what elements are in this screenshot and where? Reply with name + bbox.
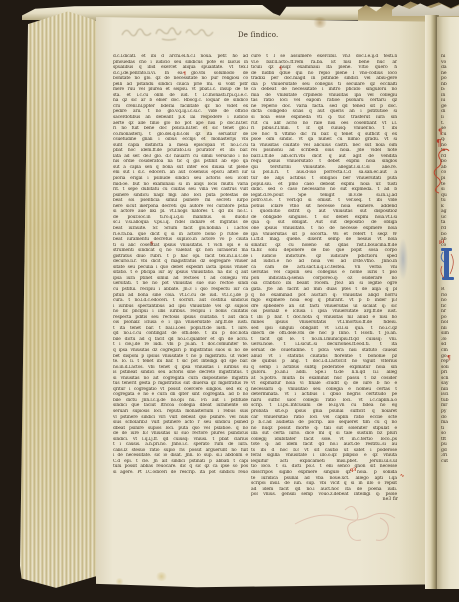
text-line: ri no fuit bene doc polica.nl.ter. et si…	[113, 126, 248, 132]
text-line: ticuli qz nuqz examinaui ita plene. Vlti…	[251, 65, 397, 71]
text-line: seruat de csuetudine. t pdca vera nisi s…	[251, 348, 397, 354]
text-line: beat iuramentu decretus suplico.in actor…	[113, 237, 248, 243]
text-line: t i causis. a.n.pri.no. Jnno.i.c. sperat…	[113, 442, 248, 448]
text-line: probata sit.e.p ipsus gnia psunal suffic…	[251, 409, 397, 415]
text-line: p b.c.ad audietia de pscrip. alo sequere…	[251, 420, 397, 426]
text-line: tote q: ad idem facit qd no.i auct.de re…	[251, 442, 397, 448]
text-line: beat iurauite. Sr. Srium facit glo.nobil…	[113, 226, 248, 232]
text-line: mgo expmere noia eog q pturarit. vt p b …	[251, 298, 397, 304]
text-line: potro.vl.e. t verf.qd si omisit. t ver.s…	[251, 198, 397, 204]
stain-spot	[155, 572, 168, 581]
text-line: seruari supiosis loci. reputa monasteriu…	[113, 409, 248, 415]
text-line: gata. Jte an facrit ad min duas ptes t d…	[251, 287, 397, 293]
text-line: guloru. Jo.an.i addi. Spe.i ti.de li.n.q…	[251, 370, 397, 376]
text-line: si noia esse expineda vti q: tuc trasfer…	[251, 115, 397, 121]
text-line: cu pstitui. recipiu i abbate. Jn:3 i qso…	[113, 287, 248, 293]
text-line: vt expmatur noia vi finale :cludit q: de…	[251, 381, 397, 387]
text-line: psoe oim sindic. vt qa nuner. cu nimio g…	[251, 137, 397, 143]
running-header: De ſindico.	[238, 31, 298, 40]
torn-corner-chip	[392, 2, 459, 16]
text-line: cura. t no.l.d.c.edoceri. t socrsri. aut…	[113, 298, 248, 304]
text-line: csuetudine gnali i oibus ecclijs et mona…	[113, 137, 248, 143]
text-column-left: d.c.l.dicatl. et ibi d archi.el.h.c.l no…	[113, 54, 248, 500]
text-line: scripoi insil. de iun. sup. vbi vicit q …	[251, 481, 397, 487]
text-line: disscripos sigillo expmere singulo qz no…	[251, 470, 397, 476]
red-pen-flourish	[430, 147, 450, 195]
text-line: mines ipsius vniuersitatis vt.l.mortuo.f…	[251, 320, 397, 326]
fore-edge-page-stack	[20, 9, 100, 589]
text-line: d.c.l.dicatl. et ibi d archi.el.h.c.l no…	[113, 54, 248, 60]
text-line: one ipsius vniusitato. t no de necesse e…	[251, 226, 397, 232]
text-line: tradixi per doc.niagd in pstinide sindic…	[251, 76, 397, 82]
text-column-right: cure t l se assumere exercibil. vn3 doc.…	[251, 54, 397, 500]
text-line: ad iudici.e no ad noia vel ad irste.vtno…	[251, 259, 397, 265]
blue-ink-smudge	[396, 230, 410, 288]
text-line: tus tenerit gesta p mgistratus sut diuer…	[113, 381, 248, 387]
text-line: ri pibus.r.l.mili. t ir. qd cuiusq: vniu…	[251, 126, 397, 132]
book-photo-scene: De ſindico. d.c.l.dicatl. et ibi d archi…	[0, 0, 459, 602]
text-line: ois psonalz e iclusa i ipsa vniuersitate…	[251, 309, 397, 315]
text-line: q ipsa vniusitas dz cogregari p mgistrat…	[113, 348, 248, 354]
text-line: beat soi psenticia simul psinere ml secr…	[113, 198, 248, 204]
text-line: didic. sed o caso necessario no sut expm…	[251, 187, 397, 193]
text-line: strumenti sindicat q no valebat qz non i…	[113, 248, 248, 254]
text-line: ca debeat de necessitate i initro pficid…	[251, 87, 397, 93]
text-line: l.i.ff.d mag. quene. dixerit semp de nes…	[251, 237, 397, 243]
text-line-fragment: cut	[441, 459, 459, 465]
text-line: ta.bz solu deponere de bio que popit sos…	[251, 248, 397, 254]
text-line: de de iure b3 vniusitas ul suo rectore p…	[113, 431, 248, 437]
text-line: rit. t sepe dubitatu cu ciuitas seu vill…	[113, 187, 248, 193]
text-line: illa sut certa iurio. dice ml q si tale …	[251, 431, 397, 437]
text-line: decurio.li.r. vbi dicit q magistratus dz…	[113, 259, 248, 265]
text-line: bonitate no glo. qz de necessitate no pu…	[113, 76, 248, 82]
blue-initial-letter	[438, 246, 456, 284]
text-line: spualibus q ibid exercet aliqua spualita…	[113, 65, 248, 71]
text-line: pioria erigal i psinude sindici seu acto…	[113, 176, 248, 182]
text-line: sius scholarib3 vult pstinere acto r seu…	[113, 420, 248, 426]
text-line: sacerdotibus an debeant p.k lai respoder…	[113, 115, 248, 121]
faded-handwriting-note	[118, 21, 223, 43]
text-line: tur de alijs actibus t obligaoi ber vniu…	[251, 176, 397, 182]
text-line: de quibus p ang. t doc.i.d.l.actor.it no…	[251, 359, 397, 365]
text-line: is pstineat sindici seu actoris sine dec…	[113, 370, 248, 376]
text-line: cure t l se assumere exercibil. vn3 doc.…	[251, 54, 397, 60]
text-line: ois psonalz iclusa e i ipa vniuersitate …	[113, 320, 248, 326]
text-line: no bz pncipui i illis iuribus. recipiu i…	[113, 309, 248, 315]
stain-spot	[115, 578, 124, 585]
text-line: mere ruu vel plurea et seipsu. vt pbat.i…	[113, 87, 248, 93]
faint-red-offset-sketch	[285, 498, 400, 556]
stain-spot	[312, 17, 328, 28]
text-line: si agere. Pt l.C.odiceri de rescrip. ita…	[113, 470, 248, 476]
text-line: te. lo. li. t tenet ibi bar. t sic pot i…	[113, 359, 248, 365]
